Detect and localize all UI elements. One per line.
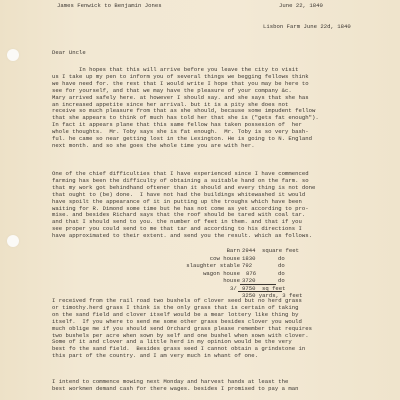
measurement-label: cow house bbox=[210, 255, 240, 262]
measurement-label: wagon house bbox=[203, 270, 240, 277]
salutation: Dear Uncle bbox=[52, 50, 86, 57]
measurement-unit: square feet bbox=[262, 247, 299, 254]
header-correspondents: James Fenwick to Benjamin Jones bbox=[57, 3, 162, 10]
measurement-unit: do bbox=[278, 255, 285, 262]
measurement-value: 1830 bbox=[242, 255, 255, 262]
text-line: next month. and so she goes the whole ti… bbox=[52, 143, 397, 150]
measurement-label: slaughter stable bbox=[186, 262, 240, 269]
measurement-unit: do bbox=[278, 270, 285, 277]
division-prefix: 3/ bbox=[230, 285, 237, 292]
measurement-label: house bbox=[223, 277, 240, 284]
text-line: best workmen demand cash for there wages… bbox=[52, 386, 397, 393]
header-date: June 22, 1840 bbox=[279, 3, 323, 10]
measurement-row: cow house 1830 do bbox=[150, 255, 350, 263]
paragraph-1: In hopes that this will arrive before yo… bbox=[52, 67, 397, 150]
measurement-unit: do bbox=[278, 262, 285, 269]
measurement-value: 876 bbox=[246, 270, 256, 277]
measurement-unit: do bbox=[278, 277, 285, 284]
paragraph-3: I received from the rail road two bushel… bbox=[52, 298, 397, 360]
measurements-table: Barn 2944 square feet cow house 1830 do … bbox=[150, 247, 350, 300]
measurement-label: Barn bbox=[227, 247, 240, 254]
text-line: have approximated to their extent. and s… bbox=[52, 233, 397, 240]
measurement-value: 792 bbox=[242, 262, 252, 269]
measurement-value: 3720 bbox=[242, 277, 255, 284]
paragraph-4: I intend to commence mowing next Monday … bbox=[52, 379, 397, 393]
measurement-row: wagon house 876 do bbox=[150, 270, 350, 278]
paragraph-2: One of the chief difficulties that I hav… bbox=[52, 171, 397, 240]
measurement-row: Barn 2944 square feet bbox=[150, 247, 350, 255]
measurement-row: slaughter stable 792 do bbox=[150, 262, 350, 270]
place-and-date: Lisbon Farm June 22d, 1840 bbox=[263, 24, 351, 31]
punch-hole-middle bbox=[7, 235, 19, 247]
text-line: this part of the country. and I am very … bbox=[52, 353, 397, 360]
punch-hole-top bbox=[7, 49, 19, 61]
measurement-value: 2944 bbox=[242, 247, 255, 254]
letter-page: James Fenwick to Benjamin Jones June 22,… bbox=[0, 0, 400, 400]
